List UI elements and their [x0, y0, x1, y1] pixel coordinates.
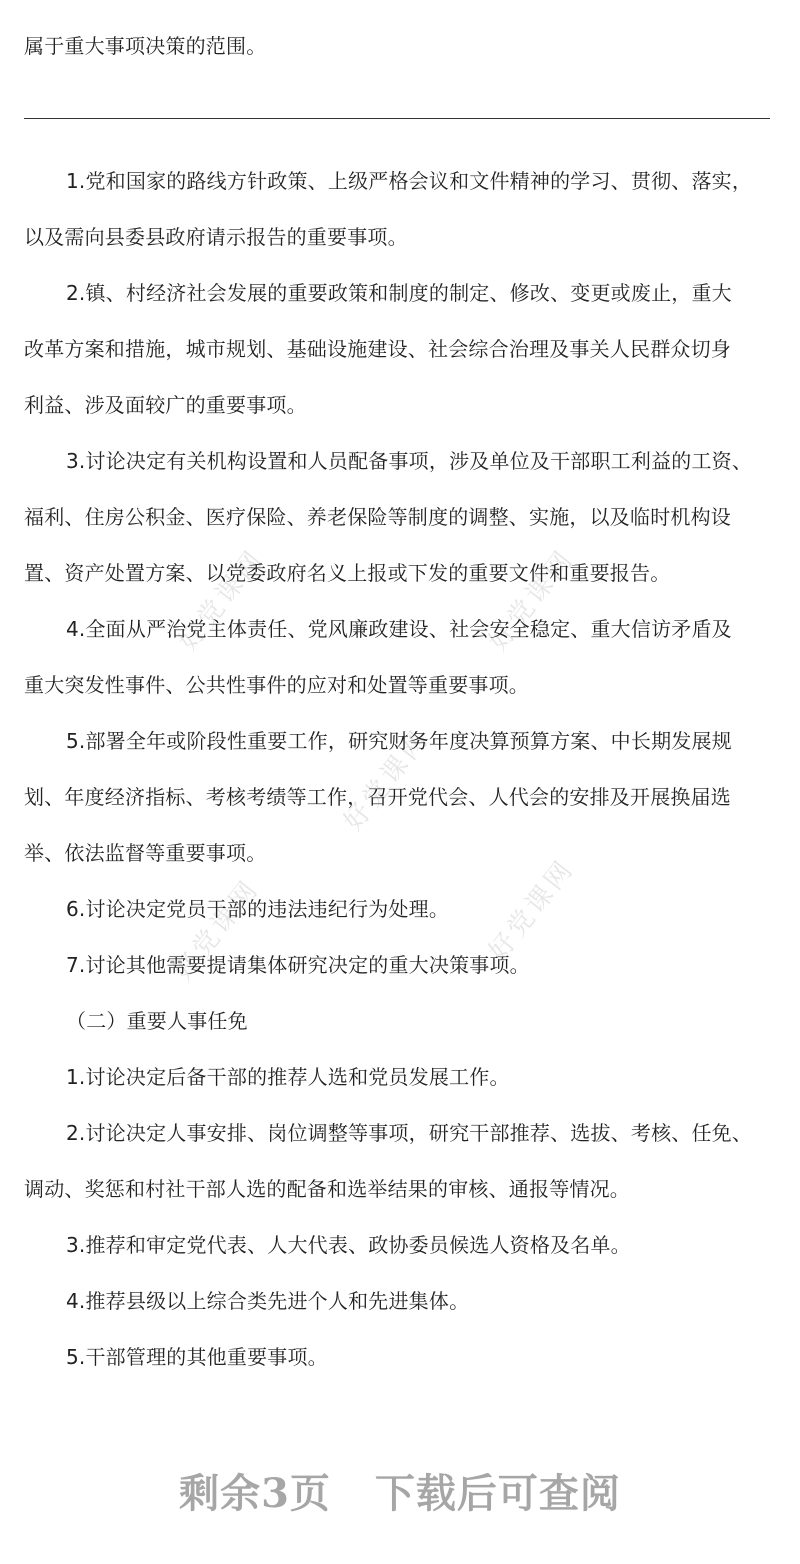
item-1-line-2: 以及需向县委县政府请示报告的重要事项。 [24, 223, 408, 251]
download-prompt-banner[interactable]: 剩余3页下载后可查阅 [0, 1462, 800, 1519]
item-1-line-1: 1.党和国家的路线方针政策、上级严格会议和文件精神的学习、贯彻、落实， [66, 167, 752, 195]
personnel-item-2-line-2: 调动、奖惩和村社干部人选的配备和选举结果的审核、通报等情况。 [24, 1175, 630, 1203]
item-4-line-2: 重大突发性事件、公共性事件的应对和处置等重要事项。 [24, 671, 529, 699]
personnel-item-1-line-1: 1.讨论决定后备干部的推荐人选和党员发展工作。 [66, 1063, 510, 1091]
document-page: 好党课网 好党课网 好党课网 好党课网 好党课网 属于重大事项决策的范围。 1.… [0, 0, 800, 1564]
personnel-item-4-line-1: 4.推荐县级以上综合类先进个人和先进集体。 [66, 1287, 469, 1315]
personnel-item-5-line-1: 5.干部管理的其他重要事项。 [66, 1343, 328, 1371]
remaining-pages-label: 剩余3页 [179, 1470, 331, 1517]
item-5-line-3: 举、依法监督等重要事项。 [24, 839, 266, 867]
item-3-line-3: 置、资产处置方案、以党委政府名义上报或下发的重要文件和重要报告。 [24, 559, 670, 587]
item-3-line-1: 3.讨论决定有关机构设置和人员配备事项，涉及单位及干部职工利益的工资、 [66, 447, 752, 475]
download-hint-label: 下载后可查阅 [375, 1470, 621, 1517]
item-5-line-1: 5.部署全年或阶段性重要工作，研究财务年度决算预算方案、中长期发展规 [66, 727, 732, 755]
item-2-line-1: 2.镇、村经济社会发展的重要政策和制度的制定、修改、变更或废止，重大 [66, 279, 732, 307]
item-7-line-1: 7.讨论其他需要提请集体研究决定的重大决策事项。 [66, 951, 530, 979]
personnel-item-2-line-1: 2.讨论决定人事安排、岗位调整等事项，研究干部推荐、选拔、考核、任免、 [66, 1119, 752, 1147]
item-2-line-2: 改革方案和措施，城市规划、基础设施建设、社会综合治理及事关人民群众切身 [24, 335, 731, 363]
section-two-heading: （二）重要人事任免 [66, 1007, 248, 1035]
item-6-line-1: 6.讨论决定党员干部的违法违纪行为处理。 [66, 895, 449, 923]
item-4-line-1: 4.全面从严治党主体责任、党风廉政建设、社会安全稳定、重大信访矛盾及 [66, 615, 732, 643]
divider [24, 118, 770, 119]
item-2-line-3: 利益、涉及面较广的重要事项。 [24, 391, 307, 419]
personnel-item-3-line-1: 3.推荐和审定党代表、人大代表、政协委员候选人资格及名单。 [66, 1231, 631, 1259]
intro-tail-text: 属于重大事项决策的范围。 [24, 32, 266, 60]
watermark: 好党课网 [478, 850, 581, 967]
item-3-line-2: 福利、住房公积金、医疗保险、养老保险等制度的调整、实施，以及临时机构设 [24, 503, 731, 531]
item-5-line-2: 划、年度经济指标、考核考绩等工作，召开党代会、人代会的安排及开展换届选 [24, 783, 731, 811]
